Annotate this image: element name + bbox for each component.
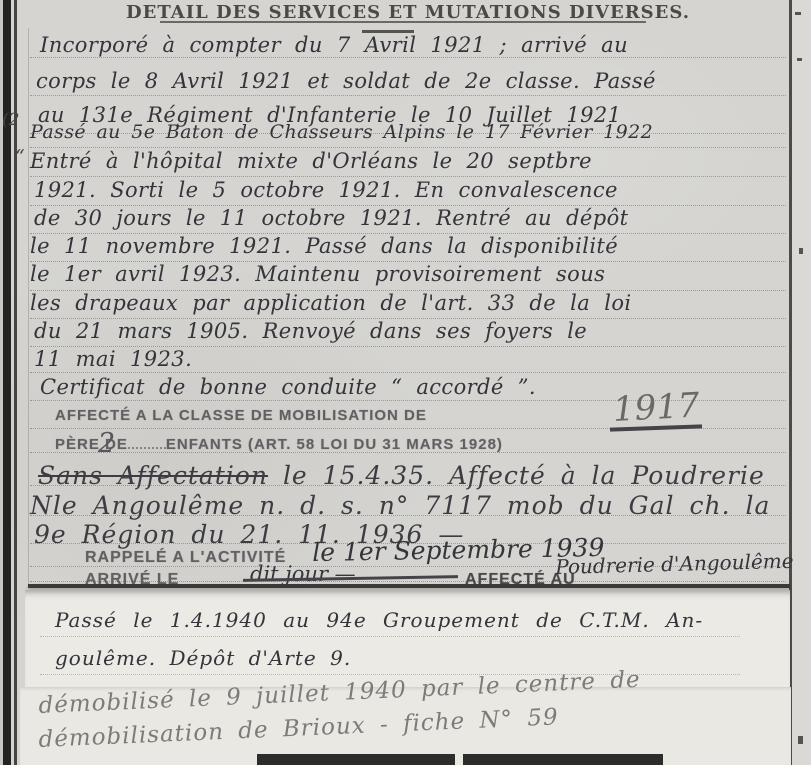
ink-mark: [795, 12, 801, 15]
service-entry-line: du 21 mars 1905. Renvoyé dans ses foyers…: [34, 319, 587, 343]
section-divider-line: [28, 584, 790, 588]
transfer-slip-1940: Passé le 1.4.1940 au 94e Groupement de C…: [25, 590, 790, 687]
mobilization-year-handwritten: 1917: [612, 385, 701, 429]
affectation-entry-line: Sans Affectation le 15.4.35. Affecté à l…: [38, 461, 765, 490]
ruled-line: [30, 147, 786, 148]
redaction-bar: [463, 754, 663, 765]
affectation-line1-rest: le 15.4.35. Affecté à la Poudrerie: [283, 461, 765, 490]
ink-mark: [797, 58, 802, 61]
father-of-children-stamp: PÈRE DEENFANTS (ART. 58 LOI DU 31 MARS 1…: [55, 435, 503, 453]
arrival-day-handwritten: dit jour —: [250, 562, 356, 586]
certificate-entry-line: Certificat de bonne conduite “ accordé ”…: [40, 375, 536, 399]
margin-mark-1: “: [15, 146, 25, 168]
service-entry-line: Passé au 5e Baton de Chasseurs Alpins le…: [30, 121, 653, 143]
father-stamp-prefix: PÈRE DE: [55, 436, 128, 453]
struck-text: Sans Affectation: [38, 461, 268, 490]
service-entry-line: Incorporé à compter du 7 Avril 1921 ; ar…: [40, 33, 628, 57]
transfer-slip-line: Passé le 1.4.1940 au 94e Groupement de C…: [55, 608, 703, 632]
margin-rule: [28, 28, 29, 588]
service-entry-line: les drapeaux par application de l'art. 3…: [30, 291, 632, 315]
service-entry-line: le 11 novembre 1921. Passé dans la dispo…: [30, 234, 618, 258]
transfer-slip-line: goulême. Dépôt d'Arte 9.: [55, 646, 351, 670]
margin-mark-2: (2: [2, 110, 19, 130]
title-underline: [160, 21, 646, 23]
ruled-line: [30, 372, 786, 373]
father-stamp-blank: [128, 435, 166, 449]
ink-mark: [798, 736, 803, 744]
slip-rule: [40, 636, 740, 637]
service-entry-line: le 1er avril 1923. Maintenu provisoireme…: [30, 262, 605, 286]
affectation-entry-line: Nle Angoulême n. d. s. n° 7117 mob du Ga…: [30, 491, 770, 520]
service-entry-line: de 30 jours le 11 octobre 1921. Rentré a…: [34, 206, 628, 230]
children-count-handwritten: 2: [98, 428, 115, 459]
service-entry-line: 11 mai 1923.: [34, 347, 192, 371]
mobilization-class-stamp: AFFECTÉ A LA CLASSE DE MOBILISATION DE: [55, 407, 427, 424]
adjacent-page-strip: [792, 0, 811, 765]
page-title: DETAIL DES SERVICES ET MUTATIONS DIVERSE…: [30, 2, 786, 23]
redaction-bar: [257, 754, 455, 765]
ruled-line: [30, 95, 786, 96]
service-entry-line: corps le 8 Avril 1921 et soldat de 2e cl…: [36, 69, 656, 93]
service-entry-line: Entré à l'hôpital mixte d'Orléans le 20 …: [30, 149, 592, 173]
ruled-line: [30, 176, 786, 177]
assignment-handwritten: Poudrerie d'Angoulême: [555, 549, 794, 579]
service-entry-line: 1921. Sorti le 5 octobre 1921. En conval…: [34, 178, 618, 202]
father-stamp-suffix: ENFANTS (ART. 58 LOI DU 31 MARS 1928): [166, 436, 503, 453]
service-record-page: DETAIL DES SERVICES ET MUTATIONS DIVERSE…: [0, 0, 811, 765]
ink-mark: [799, 248, 803, 254]
ruled-line: [30, 57, 786, 58]
